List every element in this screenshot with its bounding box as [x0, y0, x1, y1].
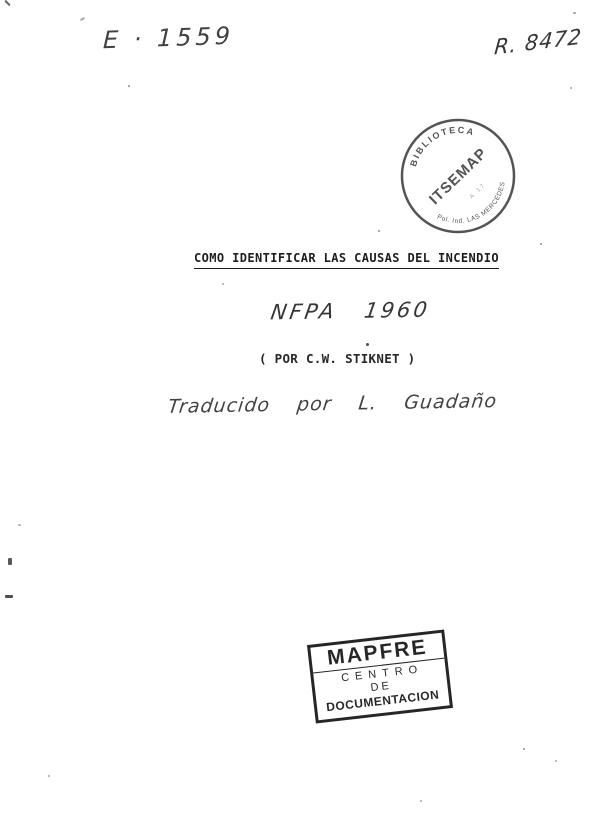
scan-speck	[4, 0, 10, 6]
scan-speck	[128, 85, 130, 87]
library-round-stamp: BIBLIOTECA Pol. Ind. LAS MERCEDES ITSEMA…	[392, 110, 524, 242]
scanned-document-page: E · 1559 R. 8472 BIBLIOTECA Pol. Ind. LA…	[0, 0, 594, 839]
scan-speck	[5, 595, 13, 598]
scan-speck	[222, 283, 224, 285]
mapfre-documentation-stamp: MAPFRE CENTRO DE DOCUMENTACION	[307, 629, 453, 723]
scan-speck	[573, 12, 576, 14]
scan-speck	[555, 760, 557, 762]
scan-speck	[8, 558, 12, 565]
scan-speck	[540, 243, 542, 245]
scan-speck	[18, 524, 21, 526]
scan-speck	[523, 748, 525, 750]
scan-speck	[378, 230, 380, 232]
scan-speck	[366, 343, 369, 346]
scan-speck	[48, 775, 50, 777]
stamp-side-mark: A 17	[469, 182, 488, 200]
scan-speck	[420, 800, 422, 802]
scan-speck	[80, 17, 85, 21]
stamp-center-text: ITSEMAP	[426, 145, 491, 208]
handwritten-shelf-code: E · 1559	[103, 22, 235, 55]
handwritten-edition-note: NFPA 1960	[269, 298, 432, 325]
author-line: ( POR C.W. STIKNET )	[259, 351, 416, 366]
handwritten-register-number: R. 8472	[493, 24, 583, 59]
handwritten-translation-note: Traducido por L. Guadaño	[167, 390, 499, 418]
document-title: COMO IDENTIFICAR LAS CAUSAS DEL INCENDIO	[194, 251, 499, 269]
scan-speck	[570, 87, 572, 89]
